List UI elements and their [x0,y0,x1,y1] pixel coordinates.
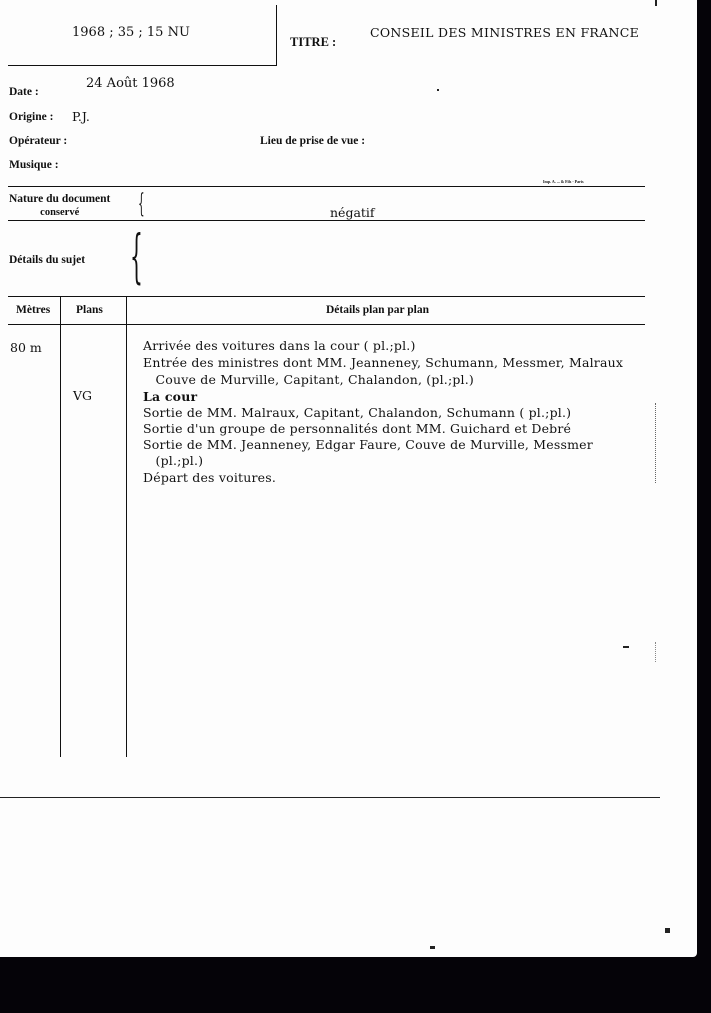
detail-line: Entrée des ministres dont MM. Jeanneney,… [143,355,623,370]
speck [430,946,435,949]
header-divider [8,324,645,325]
details-sujet-divider [8,296,645,297]
margin-mark [655,642,656,662]
date-value: 24 Août 1968 [86,76,175,91]
scan-edge [697,0,711,1013]
nature-value: négatif [330,205,375,220]
detail-line: Sortie de MM. Malraux, Capitant, Chaland… [143,405,571,420]
detail-line: La cour [143,389,197,404]
origine-value: P.J. [72,109,90,124]
nature-divider [8,220,645,221]
origine-label: Origine : [9,111,53,123]
column-divider-1 [60,296,61,757]
musique-label: Musique : [9,159,59,171]
detail-line: Sortie de MM. Jeanneney, Edgar Faure, Co… [143,437,593,452]
detail-line: Couve de Murville, Capitant, Chalandon, … [143,372,474,387]
header-plans: Plans [76,304,103,316]
operateur-label: Opérateur : [9,135,67,147]
speck [437,89,439,91]
nature-label-line1: Nature du document [9,193,110,206]
speck [655,0,657,6]
bottom-divider [0,797,660,798]
detail-line: Arrivée des voitures dans la cour ( pl.;… [143,338,416,353]
details-sujet-brace: { [130,222,143,290]
speck [623,646,629,648]
nature-brace: { [138,189,145,219]
column-divider-2 [126,296,127,757]
margin-mark [655,403,656,483]
nature-label: Nature du document conservé [9,193,110,219]
detail-line: Départ des voitures. [143,470,276,485]
details-sujet-label: Détails du sujet [9,254,85,266]
title-label: TITRE : [290,35,336,50]
lieu-label: Lieu de prise de vue : [260,135,365,147]
speck [665,928,670,933]
document-page: 1968 ; 35 ; 15 NU TITRE : CONSEIL DES MI… [0,0,697,957]
reference-number: 1968 ; 35 ; 15 NU [72,25,190,40]
nature-label-line2: conservé [9,206,110,219]
reference-box-bottom [8,65,276,66]
reference-box-right [276,5,277,66]
metres-value: 80 m [10,340,42,355]
detail-line: (pl.;pl.) [143,453,203,468]
title-text: CONSEIL DES MINISTRES EN FRANCE [370,25,639,40]
header-metres: Mètres [16,304,50,316]
printer-mark: Imp. A. ... & Fils - Paris [543,179,584,184]
plans-value: VG [73,388,92,403]
detail-line: Sortie d'un groupe de personnalités dont… [143,421,571,436]
date-label: Date : [9,86,39,98]
header-details: Détails plan par plan [326,304,429,316]
fields-divider [8,186,645,187]
